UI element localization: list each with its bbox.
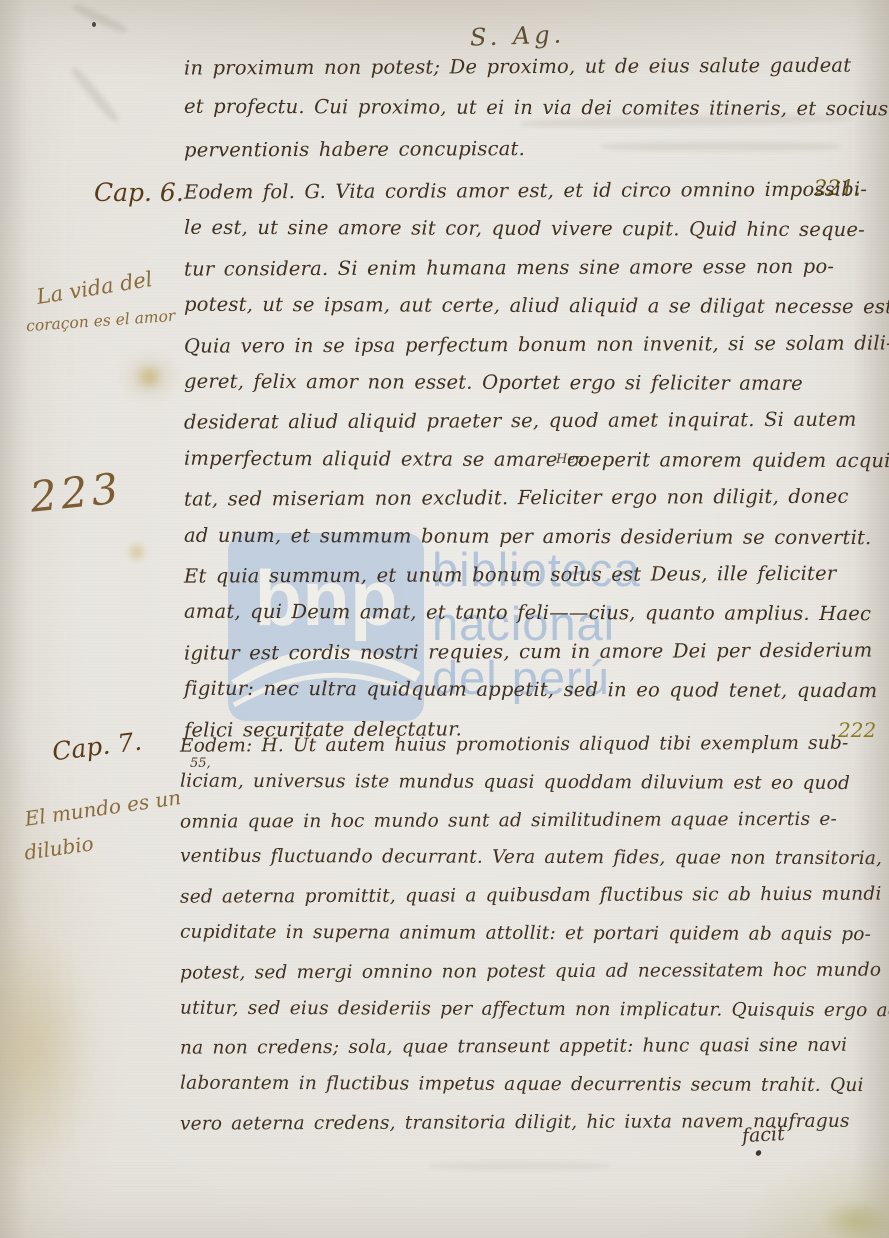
manuscript-line: cupiditate in superna animum attollit: e… (180, 914, 889, 954)
manuscript-line: potest, sed mergi omnino non potest quia… (180, 951, 889, 992)
manuscript-line: potest, ut se ipsam, aut certe, aliud al… (184, 286, 889, 327)
manuscript-line: laborantem in fluctibus impetus aquae de… (180, 1065, 889, 1105)
manuscript-line: tur considera. Si enim humana mens sine … (184, 247, 889, 289)
manuscript-line: tat, sed miseriam non excludit. Felicite… (184, 478, 889, 520)
margin-note-chapter7: dilubio (23, 831, 95, 864)
manuscript-line: na non credens; sola, quae transeunt app… (180, 1027, 889, 1068)
manuscript-line: geret, felix amor non esset. Oportet erg… (184, 363, 889, 404)
manuscript-line: figitur: nec ultra quidquam appetit, sed… (184, 670, 889, 711)
manuscript-line: sed aeterna promittit, quasi a quibusdam… (180, 876, 889, 917)
manuscript-line: Eodem: H. Ut autem huius promotionis ali… (180, 724, 889, 765)
paragraph-intro: in proximum non potest; De proximo, ut d… (184, 46, 888, 169)
margin-note-chapter6: La vida del (35, 267, 154, 309)
paragraph-cap7: Eodem: H. Ut autem huius promotionis ali… (180, 726, 889, 1142)
catchword: facit (741, 1123, 785, 1147)
manuscript-line: le est, ut sine amore sit cor, quod vive… (184, 209, 889, 250)
manuscript-line: desiderat aliud aliquid praeter se, quod… (184, 401, 889, 443)
manuscript-line: liciam, universus iste mundus quasi quod… (180, 762, 889, 802)
margin-chapter7-label: Cap. 7. (51, 727, 144, 767)
manuscript-line: Quia vero in se ipsa perfectum bonum non… (184, 324, 889, 366)
manuscript-line: imperfectum aliquid extra se amare coepe… (184, 440, 889, 481)
paragraph-cap6: Eodem fol. G. Vita cordis amor est, et i… (184, 172, 889, 748)
manuscript-line: amat, qui Deum amat, et tanto feli——cius… (184, 593, 889, 634)
manuscript-line: ad unum, et summum bonum per amoris desi… (184, 516, 889, 557)
manuscript-line: Et quia summum, et unum bonum solus est … (184, 554, 889, 596)
manuscript-line: et profectu. Cui proximo, ut ei in via d… (184, 86, 889, 129)
ink-text-layer: S. Ag. 221. 222 223 Cap. 6. La vida del … (0, 0, 889, 1238)
margin-note-chapter7: El mundo es un (23, 785, 182, 831)
folio-number-223: 223 (28, 463, 125, 521)
manuscript-line: Eodem fol. G. Vita cordis amor est, et i… (184, 170, 889, 212)
margin-chapter6-label: Cap. 6. (94, 178, 184, 207)
manuscript-line: utitur, sed eius desideriis per affectum… (180, 989, 889, 1029)
manuscript-line: omnia quae in hoc mundo sunt ad similitu… (180, 800, 889, 841)
manuscript-line: in proximum non potest; De proximo, ut d… (184, 44, 889, 88)
manuscript-line: igitur est cordis nostri requies, cum in… (184, 631, 889, 673)
margin-note-chapter6: coraçon es el amor (26, 307, 176, 335)
manuscript-page-scan: bnp biblioteca nacional del perú S. Ag. … (0, 0, 889, 1238)
manuscript-line: perventionis habere concupiscat. (184, 126, 889, 170)
manuscript-line: ventibus fluctuando decurrant. Vera aute… (180, 838, 889, 878)
